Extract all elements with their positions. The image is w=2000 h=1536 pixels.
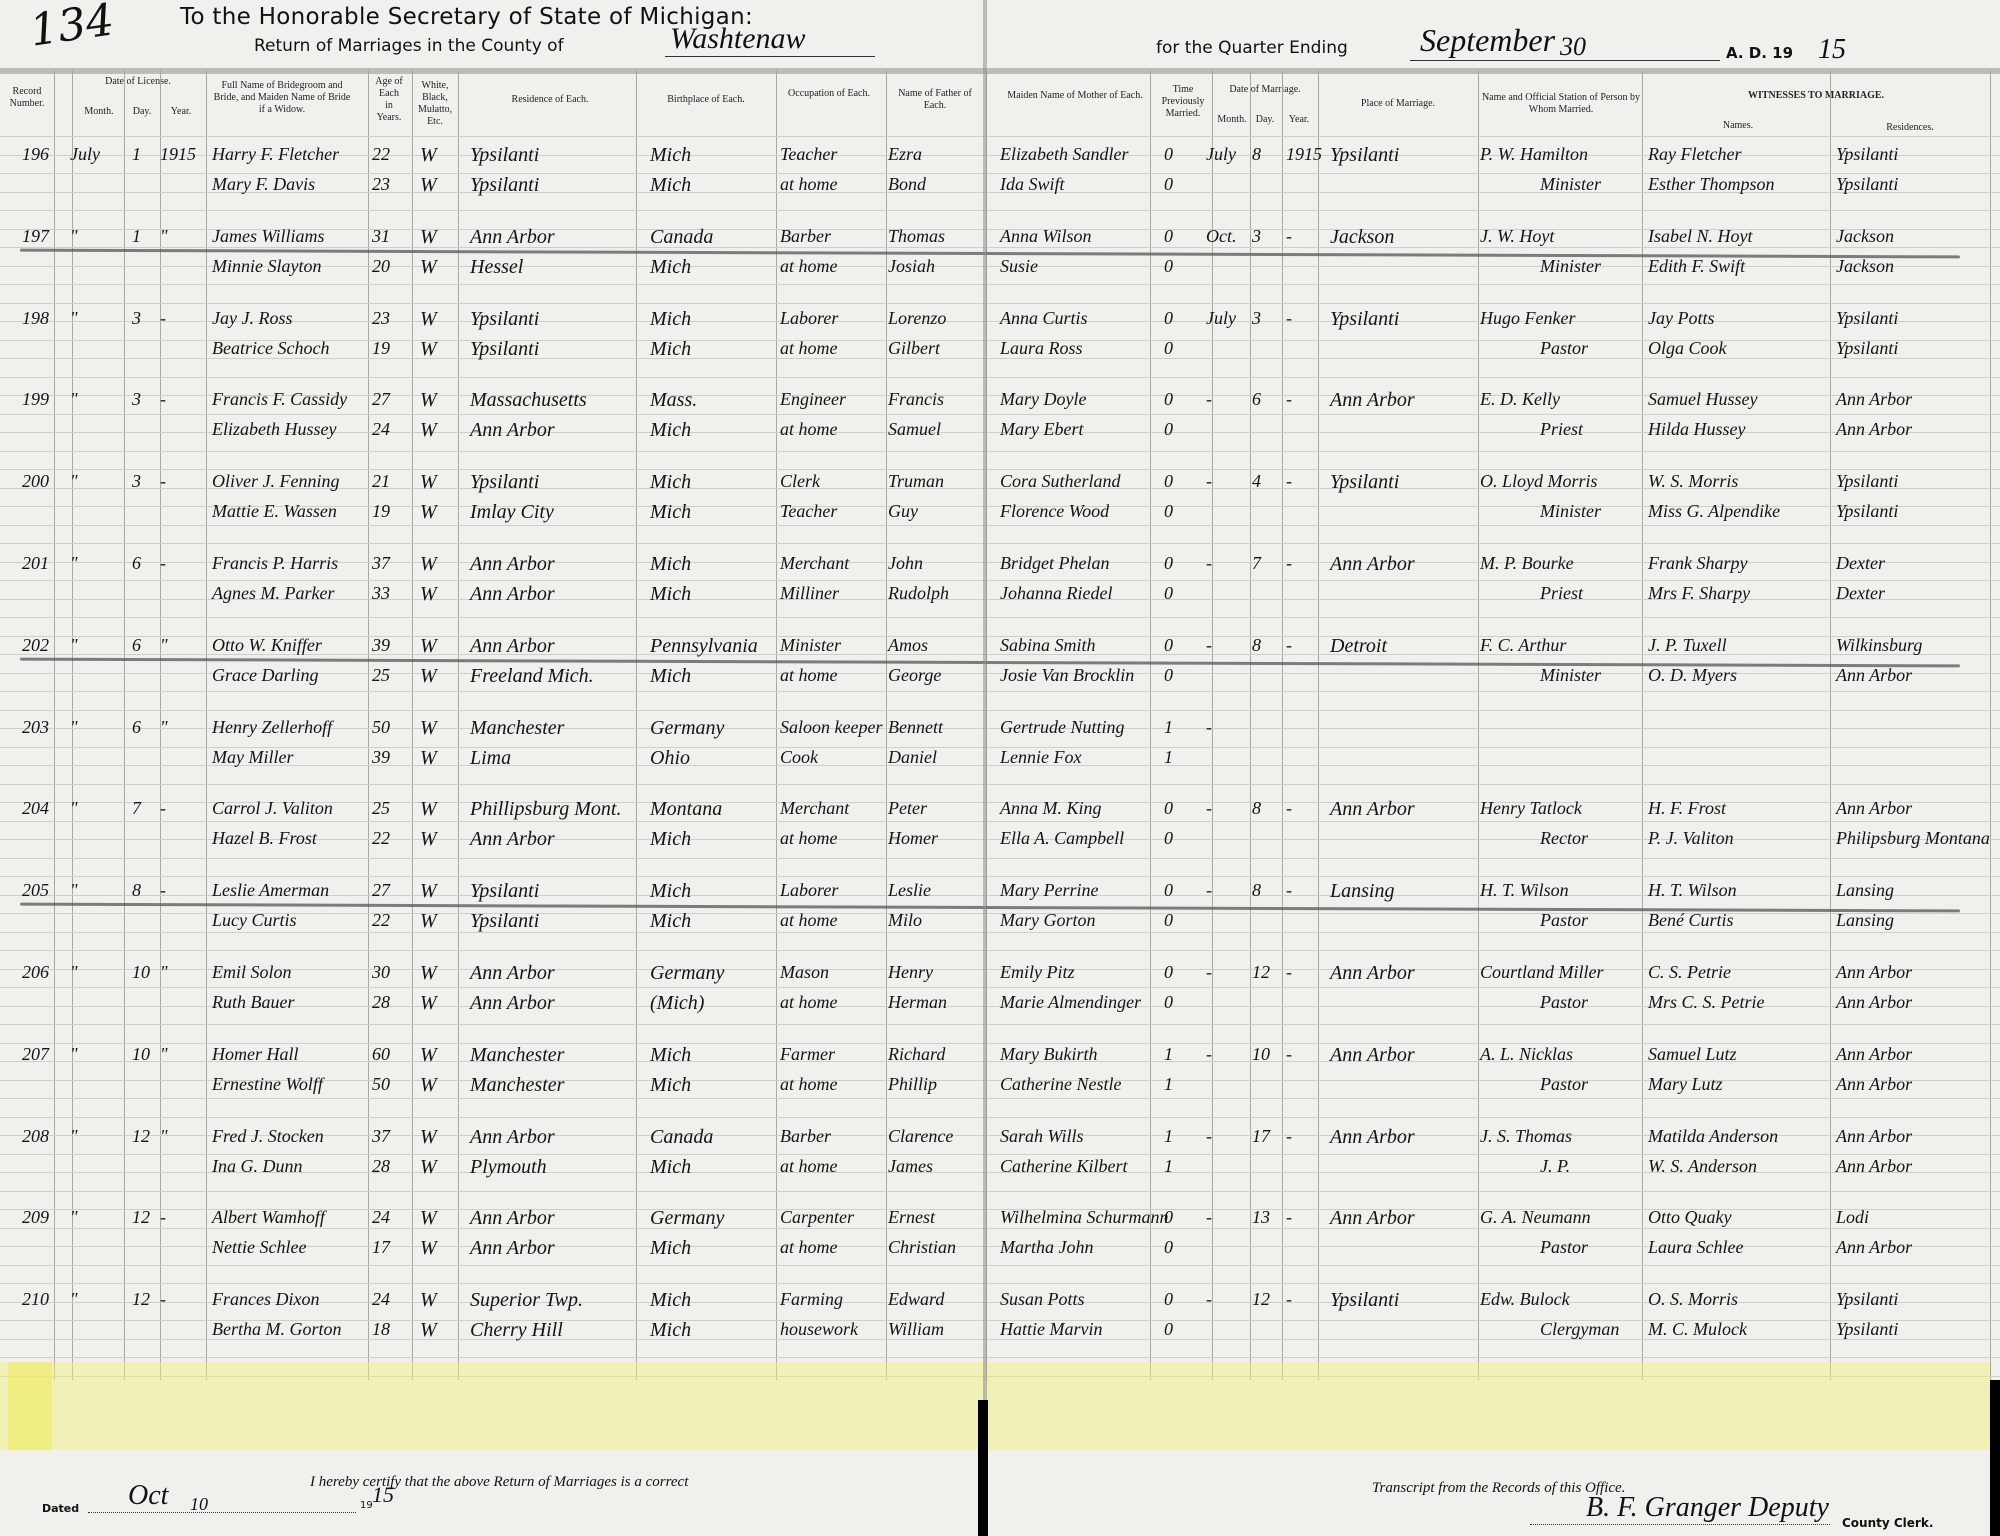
- marriage-place: Ann Arbor: [1330, 389, 1415, 412]
- groom-birthplace: Mich: [650, 144, 691, 167]
- bride-father: Milo: [888, 910, 922, 931]
- bride-birthplace: Mich: [650, 583, 691, 606]
- marriage-place: Lansing: [1330, 880, 1394, 903]
- marriage-day: 4: [1252, 471, 1261, 492]
- witness-name: M. C. Mulock: [1648, 1319, 1747, 1340]
- col-witness-names: Names.: [1646, 120, 1830, 132]
- groom-mother: Mary Bukirth: [1000, 1044, 1097, 1065]
- groom-birthplace: Germany: [650, 1207, 724, 1230]
- col-full-name: Full Name of Bridegroom and Bride, and M…: [212, 80, 352, 116]
- bride-birthplace: Mich: [650, 419, 691, 442]
- bride-birthplace: Mich: [650, 256, 691, 279]
- groom-birthplace: Mich: [650, 1044, 691, 1067]
- license-day: 10: [132, 962, 150, 983]
- marriage-place: Jackson: [1330, 226, 1394, 249]
- bride-age: 28: [372, 1156, 390, 1177]
- page-fold: [983, 0, 987, 1536]
- marriage-place: Ann Arbor: [1330, 1044, 1415, 1067]
- bride-age: 50: [372, 1074, 390, 1095]
- license-month: ": [70, 880, 78, 901]
- bride-residence: Ann Arbor: [470, 583, 555, 606]
- bride-father: George: [888, 665, 941, 686]
- groom-age: 27: [372, 389, 390, 410]
- bride-times-married: 0: [1164, 174, 1173, 195]
- marriage-month: -: [1206, 1289, 1212, 1310]
- groom-race: W: [420, 226, 437, 249]
- officiant-title: Minister: [1540, 665, 1601, 686]
- officiant-title: Pastor: [1540, 1074, 1588, 1095]
- witness-residence: Ann Arbor: [1836, 1126, 1912, 1147]
- license-year: ": [160, 226, 168, 247]
- bride-age: 39: [372, 747, 390, 768]
- witness-residence: Lansing: [1836, 880, 1894, 901]
- witness-residence: Ypsilanti: [1836, 471, 1898, 492]
- bride-times-married: 0: [1164, 501, 1173, 522]
- row-rule: [0, 987, 2000, 988]
- witness-residence: Ypsilanti: [1836, 308, 1898, 329]
- quarter-day: 30: [1560, 32, 1586, 62]
- officiant-title: Pastor: [1540, 910, 1588, 931]
- bride-race: W: [420, 747, 437, 770]
- marriage-place: Ann Arbor: [1330, 1126, 1415, 1149]
- bride-age: 33: [372, 583, 390, 604]
- bride-race: W: [420, 1074, 437, 1097]
- record-number: 204: [22, 798, 49, 819]
- officiant-title: Clergyman: [1540, 1319, 1619, 1340]
- col-residence: Residence of Each.: [470, 94, 630, 106]
- groom-birthplace: Mich: [650, 471, 691, 494]
- bride-mother: Mary Ebert: [1000, 419, 1083, 440]
- bride-times-married: 0: [1164, 583, 1173, 604]
- groom-times-married: 0: [1164, 389, 1173, 410]
- marriage-month: -: [1206, 471, 1212, 492]
- ad-year: 15: [1818, 34, 1846, 66]
- bride-times-married: 0: [1164, 256, 1173, 277]
- groom-father: Leslie: [888, 880, 931, 901]
- clerk-signature: B. F. Granger Deputy: [1586, 1492, 1829, 1524]
- witness-residence: Lodi: [1836, 1207, 1869, 1228]
- groom-birthplace: Canada: [650, 1126, 713, 1149]
- bride-residence: Lima: [470, 747, 511, 770]
- bride-name: Ina G. Dunn: [212, 1156, 303, 1177]
- bride-race: W: [420, 256, 437, 279]
- marriage-year: -: [1286, 962, 1292, 983]
- groom-age: 24: [372, 1207, 390, 1228]
- groom-birthplace: Germany: [650, 962, 724, 985]
- groom-race: W: [420, 1126, 437, 1149]
- row-rule: [0, 858, 2000, 859]
- officiant-name: P. W. Hamilton: [1480, 144, 1588, 165]
- bride-birthplace: Mich: [650, 1237, 691, 1260]
- groom-race: W: [420, 553, 437, 576]
- marriage-year: -: [1286, 471, 1292, 492]
- witness-residence: Ann Arbor: [1836, 665, 1912, 686]
- groom-birthplace: Mich: [650, 880, 691, 903]
- license-year: ": [160, 1126, 168, 1147]
- marriage-day: 8: [1252, 144, 1261, 165]
- witness-residence: Jackson: [1836, 226, 1894, 247]
- row-rule: [0, 247, 2000, 248]
- bride-occupation: at home: [780, 1156, 838, 1177]
- officiant-name: J. S. Thomas: [1480, 1126, 1572, 1147]
- groom-name: James Williams: [212, 226, 325, 247]
- record-number: 203: [22, 717, 49, 738]
- groom-occupation: Laborer: [780, 880, 838, 901]
- page-number: 134: [27, 0, 117, 57]
- groom-mother: Gertrude Nutting: [1000, 717, 1125, 738]
- license-day: 8: [132, 880, 141, 901]
- bride-times-married: 1: [1164, 1156, 1173, 1177]
- marriage-year: -: [1286, 553, 1292, 574]
- officiant-name: E. D. Kelly: [1480, 389, 1560, 410]
- officiant-title: Minister: [1540, 256, 1601, 277]
- groom-residence: Massachusetts: [470, 389, 587, 412]
- bride-age: 20: [372, 256, 390, 277]
- groom-birthplace: Mich: [650, 308, 691, 331]
- col-witnesses: WITNESSES TO MARRIAGE.: [1646, 90, 1986, 102]
- marriage-day: 8: [1252, 798, 1261, 819]
- officiant-name: Courtland Miller: [1480, 962, 1604, 983]
- license-day: 12: [132, 1126, 150, 1147]
- dated-year: 15: [372, 1482, 394, 1508]
- groom-birthplace: Canada: [650, 226, 713, 249]
- license-year: 1915: [160, 144, 196, 165]
- groom-times-married: 1: [1164, 1044, 1173, 1065]
- col-age: Age of Each in Years.: [374, 76, 404, 124]
- groom-mother: Emily Pitz: [1000, 962, 1075, 983]
- groom-occupation: Barber: [780, 1126, 831, 1147]
- groom-birthplace: Mass.: [650, 389, 697, 412]
- marriage-place: Detroit: [1330, 635, 1387, 658]
- witness-name: Samuel Hussey: [1648, 389, 1757, 410]
- groom-race: W: [420, 471, 437, 494]
- license-month: ": [70, 635, 78, 656]
- bride-father: Christian: [888, 1237, 956, 1258]
- row-rule: [0, 525, 2000, 526]
- bride-residence: Ypsilanti: [470, 338, 539, 361]
- witness-name: Bené Curtis: [1648, 910, 1734, 931]
- witness-residence: Philipsburg Montana: [1836, 828, 1990, 849]
- row-rule: [0, 303, 2000, 304]
- bride-times-married: 0: [1164, 338, 1173, 359]
- groom-name: Jay J. Ross: [212, 308, 292, 329]
- groom-times-married: 0: [1164, 308, 1173, 329]
- groom-race: W: [420, 1044, 437, 1067]
- bride-mother: Hattie Marvin: [1000, 1319, 1102, 1340]
- bride-occupation: Milliner: [780, 583, 839, 604]
- row-rule: [0, 414, 2000, 415]
- col-occupation: Occupation of Each.: [776, 88, 882, 100]
- row-rule: [0, 284, 2000, 285]
- witness-residence: Ypsilanti: [1836, 174, 1898, 195]
- bride-age: 23: [372, 174, 390, 195]
- bride-times-married: 0: [1164, 910, 1173, 931]
- groom-father: Ernest: [888, 1207, 935, 1228]
- witness-residence: Ann Arbor: [1836, 1237, 1912, 1258]
- groom-mother: Anna Curtis: [1000, 308, 1088, 329]
- bride-mother: Martha John: [1000, 1237, 1094, 1258]
- groom-age: 21: [372, 471, 390, 492]
- groom-mother: Anna Wilson: [1000, 226, 1092, 247]
- license-day: 6: [132, 553, 141, 574]
- bride-mother: Ella A. Campbell: [1000, 828, 1124, 849]
- col-mar-year: Year.: [1282, 114, 1316, 126]
- license-year: -: [160, 1207, 166, 1228]
- marriage-day: 17: [1252, 1126, 1270, 1147]
- witness-name: Hilda Hussey: [1648, 419, 1746, 440]
- col-birthplace: Birthplace of Each.: [636, 94, 776, 106]
- groom-mother: Cora Sutherland: [1000, 471, 1121, 492]
- bride-residence: Ypsilanti: [470, 174, 539, 197]
- row-rule: [0, 710, 2000, 711]
- bride-occupation: at home: [780, 992, 838, 1013]
- marriage-day: 3: [1252, 308, 1261, 329]
- row-rule: [0, 377, 2000, 378]
- bride-times-married: 0: [1164, 419, 1173, 440]
- witness-residence: Ypsilanti: [1836, 501, 1898, 522]
- officiant-title: Pastor: [1540, 992, 1588, 1013]
- marriage-month: Oct.: [1206, 226, 1237, 247]
- marriage-year: -: [1286, 880, 1292, 901]
- record-number: 206: [22, 962, 49, 983]
- license-year: -: [160, 471, 166, 492]
- bride-race: W: [420, 174, 437, 197]
- bride-father: Josiah: [888, 256, 935, 277]
- marriage-month: -: [1206, 962, 1212, 983]
- groom-occupation: Clerk: [780, 471, 820, 492]
- witness-name: Mary Lutz: [1648, 1074, 1723, 1095]
- groom-father: Lorenzo: [888, 308, 946, 329]
- bride-birthplace: Mich: [650, 1319, 691, 1342]
- witness-name: C. S. Petrie: [1648, 962, 1731, 983]
- record-number: 197: [22, 226, 49, 247]
- marriage-year: -: [1286, 635, 1292, 656]
- groom-name: Francis P. Harris: [212, 553, 338, 574]
- bride-name: May Miller: [212, 747, 293, 768]
- bride-name: Ruth Bauer: [212, 992, 295, 1013]
- groom-occupation: Saloon keeper: [780, 717, 882, 738]
- groom-father: Ezra: [888, 144, 922, 165]
- row-rule: [0, 543, 2000, 544]
- groom-race: W: [420, 308, 437, 331]
- groom-age: 27: [372, 880, 390, 901]
- groom-father: Clarence: [888, 1126, 953, 1147]
- license-day: 6: [132, 635, 141, 656]
- groom-residence: Phillipsburg Mont.: [470, 798, 621, 821]
- groom-mother: Mary Perrine: [1000, 880, 1098, 901]
- groom-age: 25: [372, 798, 390, 819]
- groom-name: Frances Dixon: [212, 1289, 319, 1310]
- officiant-name: Henry Tatlock: [1480, 798, 1582, 819]
- groom-times-married: 0: [1164, 798, 1173, 819]
- witness-name: P. J. Valiton: [1648, 828, 1734, 849]
- officiant-title: Pastor: [1540, 1237, 1588, 1258]
- dated-label: Dated: [42, 1502, 79, 1515]
- bride-birthplace: Mich: [650, 1074, 691, 1097]
- groom-father: John: [888, 553, 923, 574]
- row-rule: [0, 1191, 2000, 1192]
- groom-times-married: 0: [1164, 553, 1173, 574]
- bride-mother: Catherine Kilbert: [1000, 1156, 1128, 1177]
- marriage-day: 13: [1252, 1207, 1270, 1228]
- groom-occupation: Mason: [780, 962, 829, 983]
- groom-residence: Manchester: [470, 1044, 564, 1067]
- witness-name: Laura Schlee: [1648, 1237, 1743, 1258]
- groom-birthplace: Montana: [650, 798, 722, 821]
- groom-father: Francis: [888, 389, 944, 410]
- license-day: 3: [132, 471, 141, 492]
- groom-mother: Sarah Wills: [1000, 1126, 1084, 1147]
- bride-name: Beatrice Schoch: [212, 338, 329, 359]
- groom-residence: Ann Arbor: [470, 553, 555, 576]
- bride-birthplace: (Mich): [650, 992, 704, 1015]
- witness-name: Miss G. Alpendike: [1648, 501, 1780, 522]
- groom-age: 31: [372, 226, 390, 247]
- binding-edge: [978, 1400, 988, 1536]
- record-number: 196: [22, 144, 49, 165]
- officiant-name: G. A. Neumann: [1480, 1207, 1591, 1228]
- row-rule: [0, 1098, 2000, 1099]
- groom-father: Henry: [888, 962, 933, 983]
- row-rule: [0, 451, 2000, 452]
- groom-occupation: Laborer: [780, 308, 838, 329]
- groom-race: W: [420, 389, 437, 412]
- witness-name: Ray Fletcher: [1648, 144, 1741, 165]
- license-day: 12: [132, 1289, 150, 1310]
- license-month: ": [70, 1044, 78, 1065]
- groom-name: Francis F. Cassidy: [212, 389, 347, 410]
- record-number: 198: [22, 308, 49, 329]
- groom-times-married: 0: [1164, 635, 1173, 656]
- bride-age: 19: [372, 501, 390, 522]
- bride-name: Bertha M. Gorton: [212, 1319, 342, 1340]
- quarter-underline: [1410, 60, 1720, 61]
- witness-name: W. S. Anderson: [1648, 1156, 1757, 1177]
- bride-name: Agnes M. Parker: [212, 583, 334, 604]
- marriage-year: -: [1286, 226, 1292, 247]
- col-officiant: Name and Official Station of Person by W…: [1480, 92, 1642, 116]
- record-number: 205: [22, 880, 49, 901]
- marriage-year: -: [1286, 1207, 1292, 1228]
- marriage-day: 6: [1252, 389, 1261, 410]
- row-rule: [0, 1117, 2000, 1118]
- groom-residence: Ypsilanti: [470, 880, 539, 903]
- license-year: -: [160, 798, 166, 819]
- bride-name: Lucy Curtis: [212, 910, 297, 931]
- groom-residence: Ann Arbor: [470, 1126, 555, 1149]
- groom-name: Oliver J. Fenning: [212, 471, 339, 492]
- groom-race: W: [420, 962, 437, 985]
- dated-underline: [88, 1512, 356, 1513]
- bride-mother: Florence Wood: [1000, 501, 1109, 522]
- row-rule: [0, 580, 2000, 581]
- groom-occupation: Engineer: [780, 389, 846, 410]
- bride-residence: Ann Arbor: [470, 828, 555, 851]
- bride-residence: Ypsilanti: [470, 910, 539, 933]
- marriage-year: -: [1286, 308, 1292, 329]
- officiant-title: Priest: [1540, 419, 1583, 440]
- groom-name: Emil Solon: [212, 962, 292, 983]
- witness-name: Frank Sharpy: [1648, 553, 1747, 574]
- row-rule: [0, 691, 2000, 692]
- bride-father: Bond: [888, 174, 926, 195]
- groom-times-married: 0: [1164, 962, 1173, 983]
- bride-father: Rudolph: [888, 583, 949, 604]
- marriage-day: 3: [1252, 226, 1261, 247]
- groom-name: Homer Hall: [212, 1044, 299, 1065]
- bride-father: Phillip: [888, 1074, 937, 1095]
- bride-birthplace: Mich: [650, 338, 691, 361]
- witness-residence: Ann Arbor: [1836, 798, 1912, 819]
- witness-residence: Jackson: [1836, 256, 1894, 277]
- row-rule: [0, 1357, 2000, 1358]
- groom-birthplace: Pennsylvania: [650, 635, 758, 658]
- groom-father: Truman: [888, 471, 944, 492]
- marriage-month: July: [1206, 144, 1236, 165]
- witness-name: Esther Thompson: [1648, 174, 1775, 195]
- bride-times-married: 1: [1164, 1074, 1173, 1095]
- groom-mother: Elizabeth Sandler: [1000, 144, 1129, 165]
- bride-occupation: Teacher: [780, 501, 837, 522]
- groom-times-married: 0: [1164, 1207, 1173, 1228]
- groom-occupation: Merchant: [780, 798, 849, 819]
- col-lic-year: Year.: [160, 106, 202, 118]
- bride-age: 22: [372, 828, 390, 849]
- marriage-month: -: [1206, 798, 1212, 819]
- bride-mother: Lennie Fox: [1000, 747, 1081, 768]
- bride-times-married: 0: [1164, 992, 1173, 1013]
- license-year: -: [160, 389, 166, 410]
- marriage-day: 12: [1252, 1289, 1270, 1310]
- certification-text: I hereby certify that the above Return o…: [310, 1474, 688, 1491]
- record-number: 210: [22, 1289, 49, 1310]
- clerk-signature-line: [1530, 1524, 1830, 1525]
- bride-age: 25: [372, 665, 390, 686]
- marriage-year: -: [1286, 389, 1292, 410]
- officiant-name: F. C. Arthur: [1480, 635, 1566, 656]
- bride-age: 28: [372, 992, 390, 1013]
- bride-times-married: 0: [1164, 1319, 1173, 1340]
- license-day: 1: [132, 226, 141, 247]
- groom-birthplace: Mich: [650, 1289, 691, 1312]
- witness-residence: Ann Arbor: [1836, 1074, 1912, 1095]
- bride-race: W: [420, 1237, 437, 1260]
- witness-residence: Ann Arbor: [1836, 419, 1912, 440]
- col-mar-day: Day.: [1250, 114, 1280, 126]
- bride-name: Mary F. Davis: [212, 174, 315, 195]
- groom-age: 22: [372, 144, 390, 165]
- bride-father: Samuel: [888, 419, 941, 440]
- header-rule: [0, 68, 2000, 74]
- dated-month: Oct: [128, 1480, 168, 1512]
- witness-name: Olga Cook: [1648, 338, 1727, 359]
- record-number: 199: [22, 389, 49, 410]
- bride-mother: Laura Ross: [1000, 338, 1083, 359]
- bride-mother: Johanna Riedel: [1000, 583, 1112, 604]
- marriage-day: 8: [1252, 880, 1261, 901]
- groom-age: 30: [372, 962, 390, 983]
- marriage-day: 10: [1252, 1044, 1270, 1065]
- bride-occupation: housework: [780, 1319, 858, 1340]
- record-number: 202: [22, 635, 49, 656]
- row-rule: [0, 784, 2000, 785]
- officiant-name: Edw. Bulock: [1480, 1289, 1570, 1310]
- bride-birthplace: Ohio: [650, 747, 690, 770]
- marriage-place: Ypsilanti: [1330, 308, 1399, 331]
- groom-age: 39: [372, 635, 390, 656]
- bride-occupation: at home: [780, 419, 838, 440]
- bride-mother: Mary Gorton: [1000, 910, 1096, 931]
